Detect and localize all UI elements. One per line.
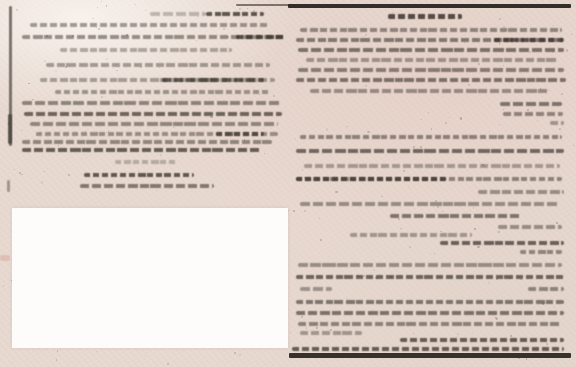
right-body-line-blob	[296, 275, 564, 279]
right-body-line-blob	[296, 78, 566, 82]
right-body-line-blob	[310, 89, 550, 93]
left-body-line-blob	[162, 78, 264, 82]
blank-white-region	[12, 208, 288, 348]
left-body-line-blob	[30, 122, 278, 126]
right-body-line-blob	[292, 347, 564, 351]
right-body-line-blob	[350, 233, 472, 237]
left-body-line-blob	[236, 35, 284, 39]
right-body-line-blob	[300, 28, 562, 32]
scanned-document	[0, 0, 576, 367]
right-heading-blob	[388, 14, 462, 19]
right-body-line-blob	[296, 300, 564, 304]
right-body-line-blob	[296, 149, 564, 153]
right-body-line-blob	[494, 38, 564, 42]
left-header-line-blob	[206, 12, 264, 16]
left-body-line-blob	[216, 132, 264, 136]
left-body-line-blob	[46, 63, 270, 67]
right-body-line-blob	[498, 225, 562, 229]
right-body-line-blob	[296, 177, 446, 181]
right-body-line-blob	[478, 190, 564, 194]
right-body-line-blob	[300, 202, 560, 206]
page-spine-blob	[8, 114, 12, 144]
right-body-line-blob	[298, 322, 562, 326]
right-body-line-blob	[528, 287, 564, 291]
right-page-bottom-rule	[289, 353, 571, 358]
left-signoff-line-blob	[80, 184, 214, 188]
right-body-line-blob	[300, 331, 362, 335]
left-signoff-line-blob	[84, 173, 194, 177]
left-margin-pink-smudge	[0, 255, 10, 261]
right-body-line-blob	[503, 112, 563, 116]
right-body-line-blob	[298, 263, 562, 267]
left-body-line-blob	[115, 160, 177, 164]
right-body-line-blob	[520, 250, 562, 254]
right-body-line-blob	[296, 311, 564, 315]
right-body-line-blob	[306, 58, 558, 62]
right-body-line-blob	[300, 135, 562, 139]
right-body-line-blob	[304, 164, 560, 168]
right-body-line-blob	[500, 102, 562, 106]
right-body-line-blob	[390, 214, 520, 218]
left-page-top-rule	[236, 4, 290, 6]
right-body-line-blob	[440, 241, 564, 245]
right-body-line-blob	[300, 287, 332, 291]
right-body-line-blob	[298, 68, 564, 72]
left-header-line-blob	[150, 12, 206, 16]
left-body-line-blob	[24, 112, 282, 116]
left-body-line-blob	[22, 140, 272, 144]
page-spine-tick	[7, 180, 10, 192]
left-body-line-blob	[60, 48, 232, 52]
left-body-line-blob	[22, 101, 282, 105]
right-body-line-blob	[400, 338, 564, 342]
content-layer	[0, 0, 576, 367]
right-body-line-blob	[298, 48, 564, 52]
left-body-line-blob	[55, 90, 270, 94]
right-body-line-blob	[550, 121, 564, 125]
left-body-line-blob	[30, 23, 270, 27]
left-body-line-blob	[22, 148, 260, 152]
right-page-top-rule	[288, 4, 571, 8]
